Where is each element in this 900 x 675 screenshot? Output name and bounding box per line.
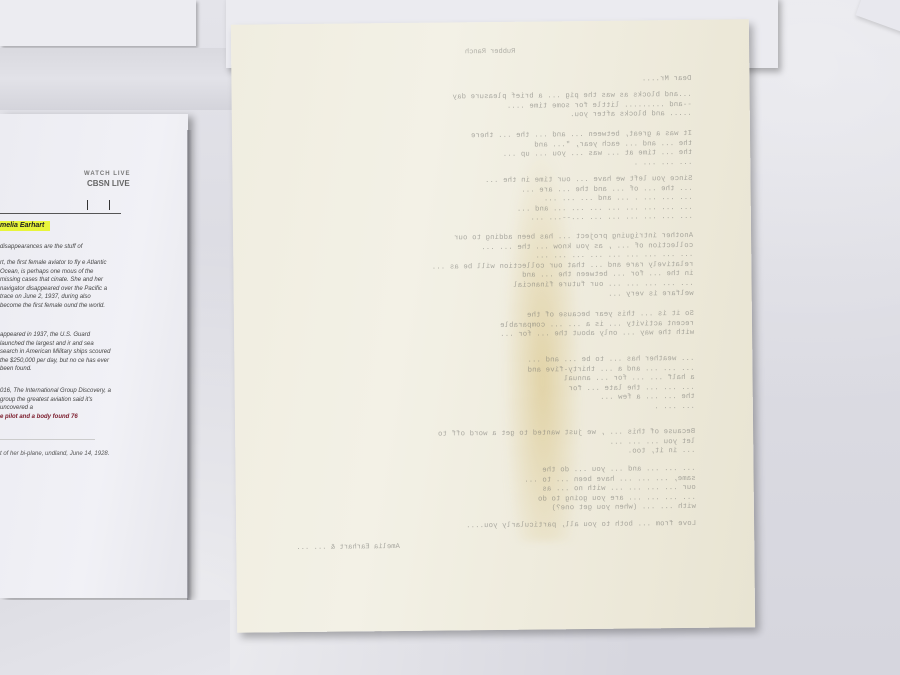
paper-shadow bbox=[187, 130, 192, 600]
tick-mark bbox=[109, 200, 110, 210]
background-paper-top-left bbox=[0, 0, 196, 46]
article-headline: melia Earhart bbox=[0, 221, 50, 231]
photo-caption: t of her bi-plane, undland, June 14, 192… bbox=[0, 450, 110, 459]
letter-greeting: Dear Mr.... bbox=[291, 75, 691, 89]
paper-fold bbox=[0, 48, 235, 110]
tick-mark bbox=[87, 200, 88, 210]
letter-paragraph: ... ... ... and ... you ... do the same,… bbox=[295, 465, 695, 517]
highlighted-line: e pilot and a body found 76 bbox=[0, 413, 112, 422]
article-paragraph: rt, the first female aviator to fly e At… bbox=[0, 259, 112, 316]
caption-divider bbox=[0, 439, 95, 440]
article-paragraph: disappearances are the stuff of bbox=[0, 243, 112, 257]
watch-live-label: WATCH LIVE bbox=[84, 171, 131, 177]
letter-paragraph: Because of this ... , we just wanted to … bbox=[295, 428, 695, 461]
channel-label: CBSN LIVE bbox=[87, 179, 130, 188]
letter-paragraph: It was a great, between ... and ... the … bbox=[292, 130, 692, 173]
article-paragraph: appeared in 1937, the U.S. Guard launche… bbox=[0, 331, 112, 379]
header-rule bbox=[0, 213, 121, 214]
letter-signature: Amelia Earhart & ... ... bbox=[296, 543, 400, 552]
article-paragraph: 016, The International Group Discovery, … bbox=[0, 387, 112, 426]
letter-paragraph: ... weather has ... to be ... and ... ..… bbox=[294, 355, 695, 417]
background-paper-bottom bbox=[0, 600, 230, 675]
letter-paragraph: Since you left we have ... our time in t… bbox=[292, 175, 692, 227]
letter-paragraph: So it is ... this year because of the re… bbox=[294, 310, 694, 343]
letter-closing: Love from ... both to you all, particula… bbox=[296, 520, 696, 534]
letter-paragraph: ...and blocks as was the pig ... a brief… bbox=[292, 91, 692, 124]
cbsnews-article-printout: WATCH LIVE CBSN LIVE melia Earhart disap… bbox=[0, 114, 188, 598]
letter-paragraph: Another intriguing project ... has been … bbox=[293, 232, 694, 303]
typed-letter: Rubber Ranch Dear Mr.... ...and blocks a… bbox=[231, 19, 755, 632]
letter-header: Rubber Ranch bbox=[231, 45, 749, 58]
